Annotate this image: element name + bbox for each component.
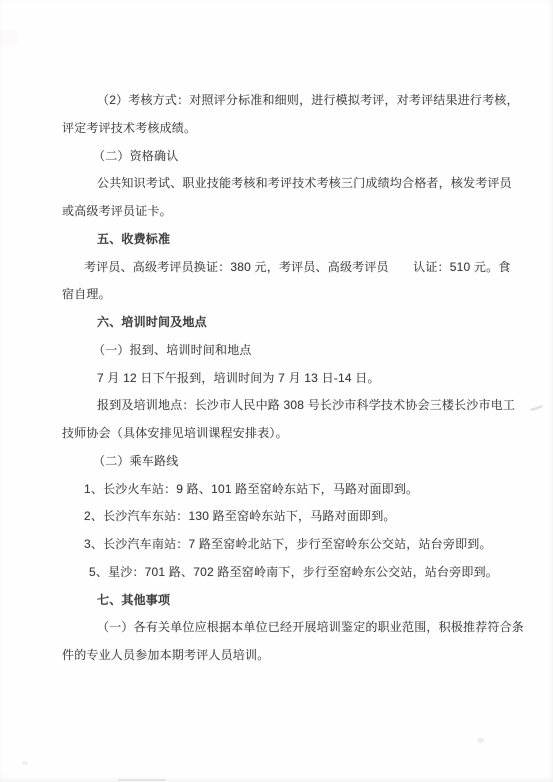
subsection-heading: （二）乘车路线	[62, 448, 496, 476]
doc-line: 报到及培训地点：长沙市人民中路 308 号长沙市科学技术协会三楼长沙市电工	[62, 392, 496, 420]
doc-line: 考评员、高级考评员换证：380 元，考评员、高级考评员 认证：510 元。食	[62, 254, 496, 282]
list-item: 2、长沙汽车东站：130 路至窑岭东站下，马路对面即到。	[62, 503, 496, 531]
scan-artifact	[0, 30, 18, 46]
list-item: 1、长沙火车站：9 路、101 路至窑岭东站下，马路对面即到。	[62, 476, 496, 504]
scan-artifact	[118, 779, 166, 781]
list-item: 3、长沙汽车南站：7 路至窑岭北站下，步行至窑岭东公交站，站台旁即到。	[62, 531, 496, 559]
doc-line: 评定考评技术考核成绩。	[62, 115, 496, 143]
doc-line: （2）考核方式：对照评分标准和细则，进行模拟考评，对考评结果进行考核，	[62, 87, 496, 115]
section-heading: 六、培训时间及地点	[62, 309, 496, 337]
section-heading: 七、其他事项	[62, 587, 496, 615]
scan-artifact	[477, 738, 484, 743]
doc-line: 7 月 12 日下午报到，培训时间为 7 月 13 日-14 日。	[62, 365, 496, 393]
doc-line: 宿自理。	[62, 281, 496, 309]
scan-artifact	[530, 405, 543, 411]
scan-artifact	[22, 761, 28, 765]
doc-line: （一）各有关单位应根据本单位已经开展培训鉴定的职业范围，积极推荐符合条	[62, 614, 496, 642]
document-body: （2）考核方式：对照评分标准和细则，进行模拟考评，对考评结果进行考核， 评定考评…	[62, 87, 496, 670]
subsection-heading: （二）资格确认	[62, 143, 496, 171]
doc-line: 技师协会（具体安排见培训课程安排表）。	[62, 420, 496, 448]
list-item: 5、星沙：701 路、702 路至窑岭南下，步行至窑岭东公交站，站台旁即到。	[62, 559, 496, 587]
section-heading: 五、收费标准	[62, 226, 496, 254]
subsection-heading: （一）报到、培训时间和地点	[62, 337, 496, 365]
doc-line: 公共知识考试、职业技能考核和考评技术考核三门成绩均合格者，核发考评员	[62, 170, 496, 198]
document-page: （2）考核方式：对照评分标准和细则，进行模拟考评，对考评结果进行考核， 评定考评…	[0, 0, 553, 782]
doc-line: 或高级考评员证卡。	[62, 198, 496, 226]
doc-line: 件的专业人员参加本期考评人员培训。	[62, 642, 496, 670]
